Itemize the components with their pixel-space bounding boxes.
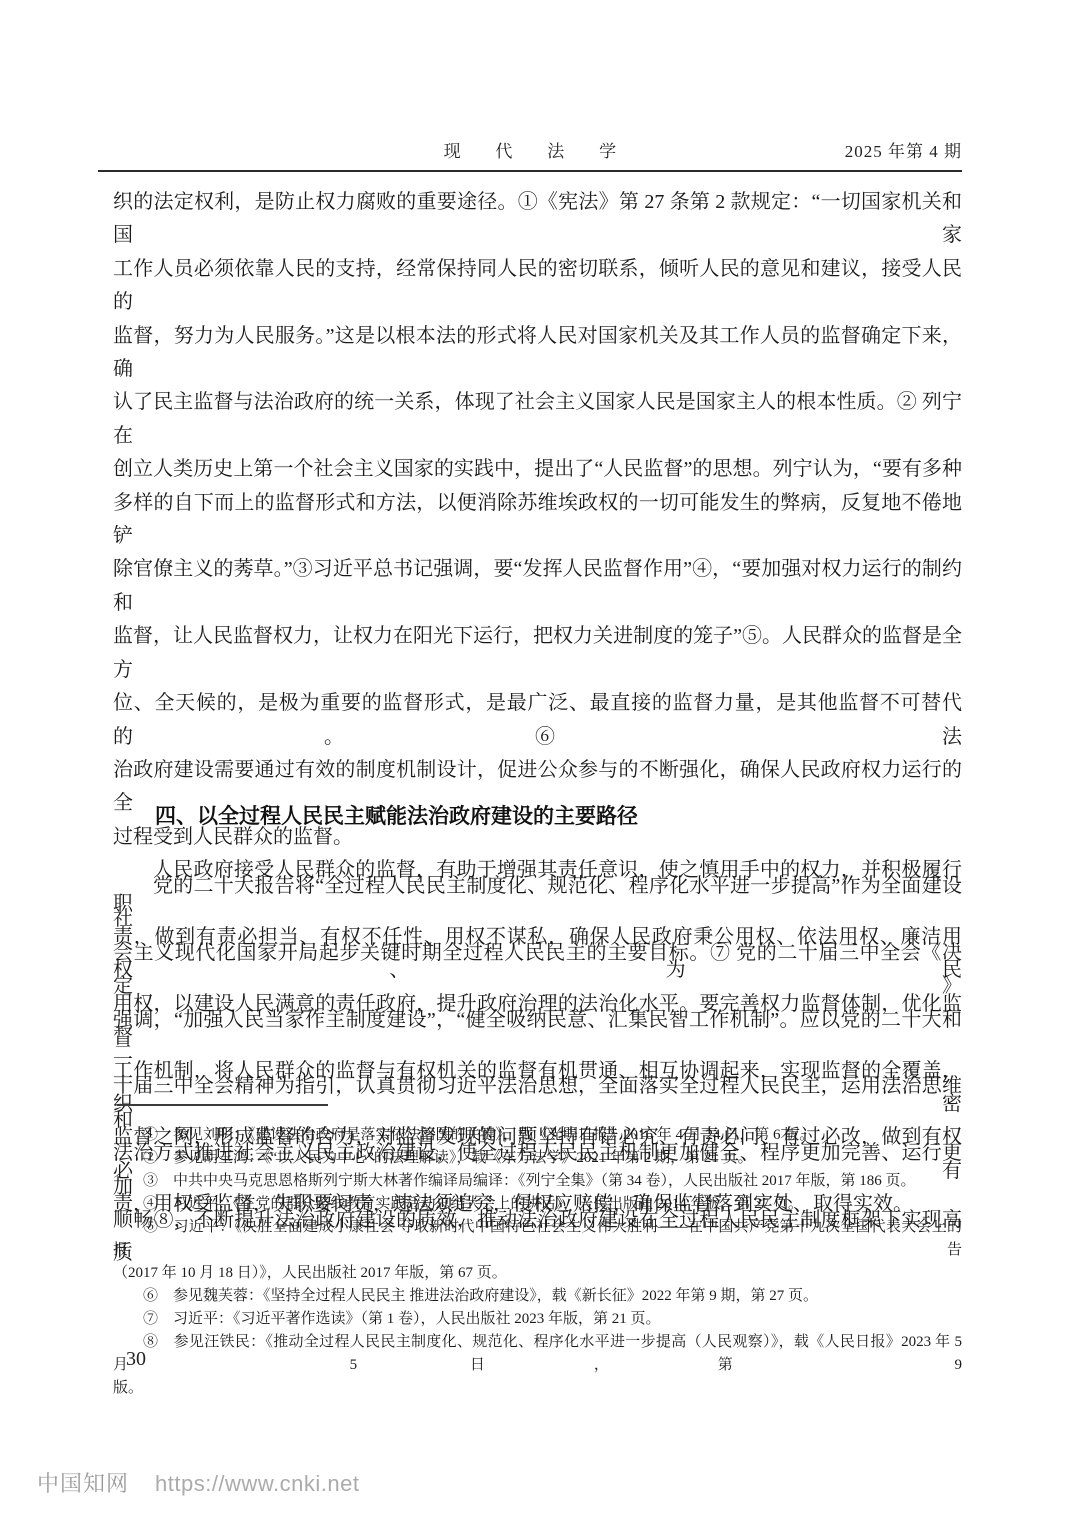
text-line: 创立人类历史上第一个社会主义国家的实践中，提出了“人民监督”的思想。列宁认为，“…: [113, 453, 962, 486]
text-line: 监督，让人民监督权力，让权力在阳光下运行，把权力关进制度的笼子”⑤。人民群众的监…: [113, 620, 962, 687]
text-line: ⑦ 习近平：《习近平著作选读》（第 1 卷），人民出版社 2023 年版，第 2…: [113, 1308, 962, 1331]
footnotes: ① 参见刘明：《建设法治政府是落实依法治国的关键》，载《光明日报》2016 年 …: [113, 1124, 962, 1400]
text-line: ⑧ 参见汪铁民：《推动全过程人民民主制度化、规范化、程序化水平进一步提高（人民观…: [113, 1331, 962, 1377]
text-line: 强调，“加强人民当家作主制度建设”，“健全吸纳民意、汇集民智工作机制”。应以党的…: [113, 1004, 962, 1071]
text-line: 位、全天候的，是极为重要的监督形式，是最广泛、最直接的监督力量，是其他监督不可替…: [113, 687, 962, 754]
cnki-watermark: 中国知网https://www.cnki.net: [37, 1467, 359, 1498]
footnote-separator: [117, 1104, 328, 1106]
text-line: （2017 年 10 月 18 日）》，人民出版社 2017 年版，第 67 页…: [113, 1262, 962, 1285]
text-line: 党的二十大报告将“全过程人民民主制度化、规范化、程序化水平进一步提高”作为全面建…: [113, 870, 962, 937]
text-line: 会主义现代化国家开局起步关键时期全过程人民民主的主要目标。⑦ 党的二十届三中全会…: [113, 937, 962, 1004]
text-line: 认了民主监督与法治政府的统一关系，体现了社会主义国家人民是国家主人的根本性质。②…: [113, 386, 962, 453]
issue-label: 2025 年第 4 期: [845, 141, 962, 163]
section-heading: 四、以全过程人民民主赋能法治政府建设的主要路径: [113, 800, 962, 833]
cnki-url: https://www.cnki.net: [155, 1471, 359, 1496]
page-header: 现 代 法 学 2025 年第 4 期: [113, 141, 962, 163]
text-line: 版。: [113, 1377, 962, 1400]
header-rule: [98, 170, 962, 172]
text-line: 织的法定权利，是防止权力腐败的重要途径。①《宪法》第 27 条第 2 款规定：“…: [113, 186, 962, 253]
text-line: 监督，努力为人民服务。”这是以根本法的形式将人民对国家机关及其工作人员的监督确定…: [113, 320, 962, 387]
text-line: ③ 中共中央马克思恩格斯列宁斯大林著作编译局编译：《列宁全集》（第 34 卷），…: [113, 1170, 962, 1193]
text-line: 多样的自下而上的监督形式和方法，以便消除苏维埃政权的一切可能发生的弊病，反复地不…: [113, 487, 962, 554]
text-line: 工作人员必须依靠人民的支持，经常保持同人民的密切联系，倾听人民的意见和建议，接受…: [113, 253, 962, 320]
text-line: ① 参见刘明：《建设法治政府是落实依法治国的关键》，载《光明日报》2016 年 …: [113, 1124, 962, 1147]
text-line: ② 参见胡玉鸿：《“以人民为中心”的法理解读》，载《东方法学》2021 年第 2…: [113, 1147, 962, 1170]
page-number: 30: [126, 1348, 146, 1371]
journal-page: 现 代 法 学 2025 年第 4 期 织的法定权利，是防止权力腐败的重要途径。…: [0, 0, 1080, 1527]
paragraph-continuation: 织的法定权利，是防止权力腐败的重要途径。①《宪法》第 27 条第 2 款规定：“…: [113, 186, 962, 854]
text-line: ④ 习近平：《在党的群众路线教育实践活动总结大会上的讲话》，人民出版社 2014…: [113, 1193, 962, 1216]
cnki-brand: 中国知网: [37, 1471, 129, 1496]
text-line: ⑥ 参见魏芙蓉：《坚持全过程人民民主 推进法治政府建设》，载《新长征》2022 …: [113, 1285, 962, 1308]
journal-title: 现 代 法 学: [113, 141, 962, 163]
text-line: 除官僚主义的莠草。”③习近平总书记强调，要“发挥人民监督作用”④，“要加强对权力…: [113, 553, 962, 620]
text-line: ⑤ 习近平：《决胜全面建成小康社会 夺取新时代中国特色社会主义伟大胜利——在中国…: [113, 1216, 962, 1262]
